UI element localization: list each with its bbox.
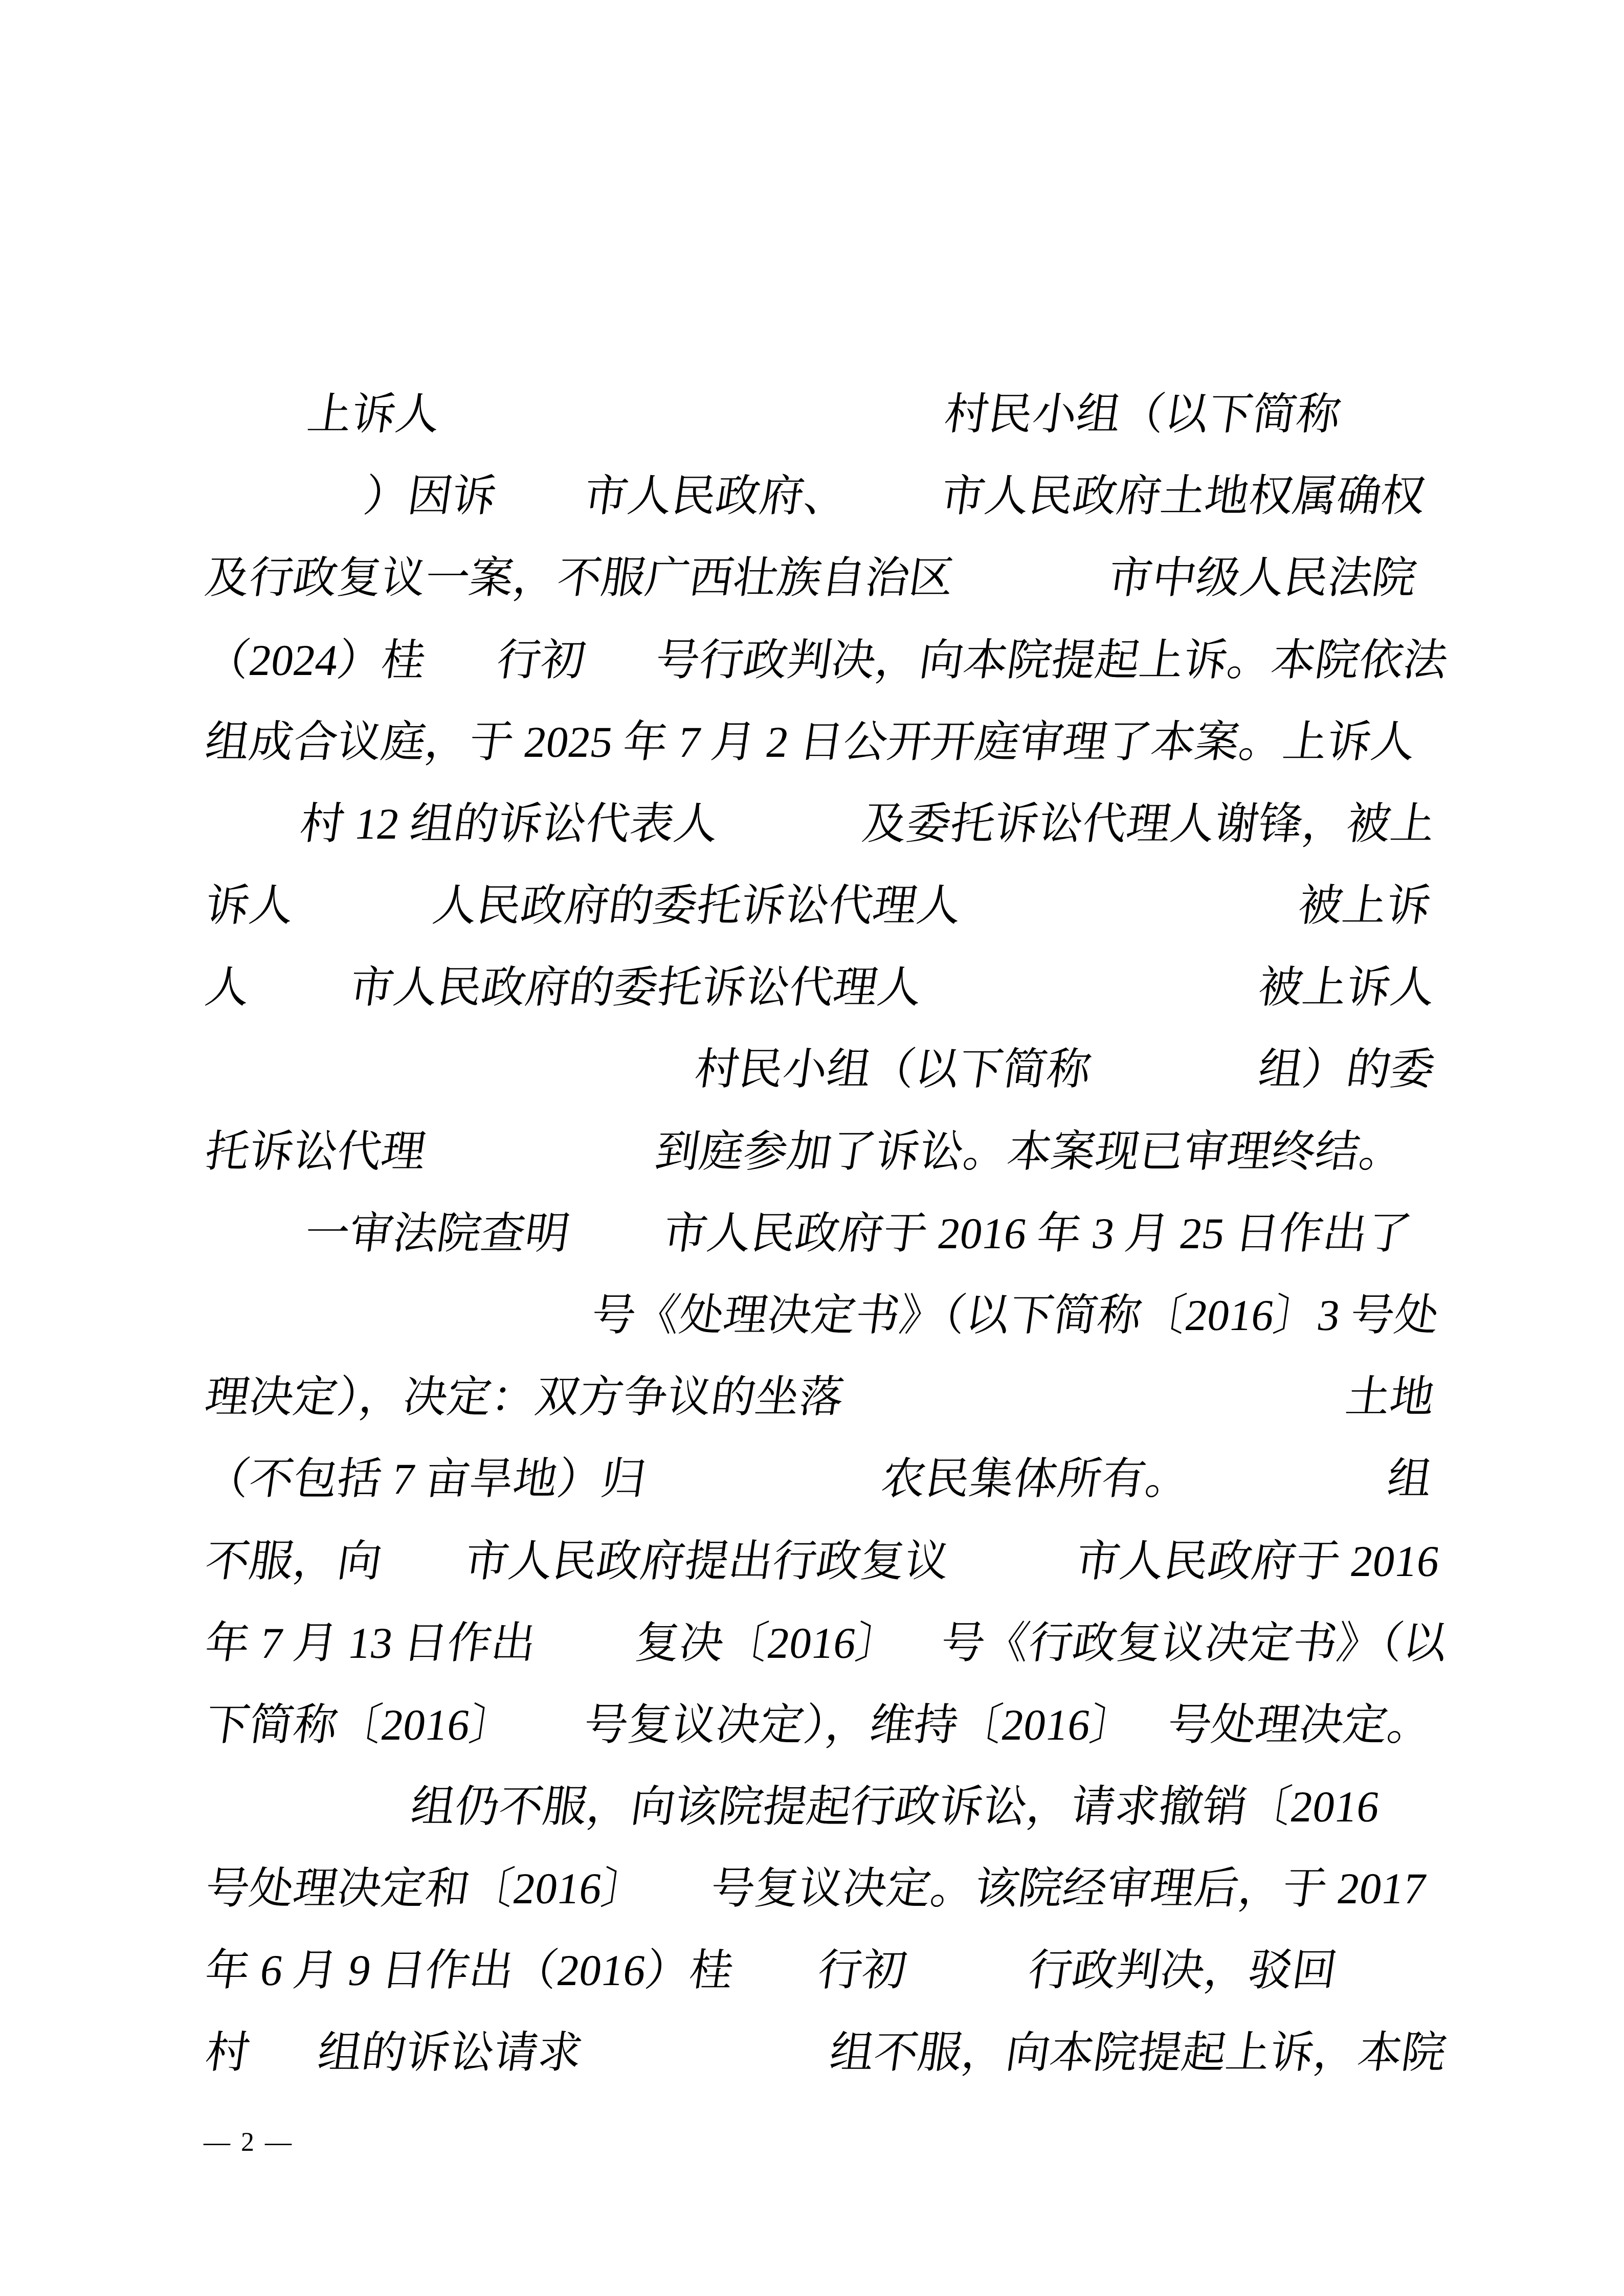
- text-segment: 市人民政府于 2016 年 3 月 25 日作出了: [660, 1208, 1415, 1259]
- text-segment: 号处理决定。: [1164, 1699, 1435, 1750]
- text-segment: 不服，向: [202, 1536, 385, 1587]
- text-line: 下简称〔2016〕 号复议决定），维持〔2016〕 号处理决定。: [0, 1699, 1624, 1761]
- text-segment: 组: [1384, 1453, 1435, 1504]
- text-segment: 年 6 月 9 日作出（2016）桂: [202, 1945, 737, 1996]
- text-segment: 组的诉讼请求: [315, 2027, 586, 2078]
- text-line: 村 12 组的诉讼代表人 及委托诉讼代理人谢锋，被上: [0, 798, 1624, 860]
- text-segment: 村: [202, 2027, 253, 2078]
- text-line: 托诉讼代理 到庭参加了诉讼。本案现已审理终结。: [0, 1126, 1624, 1187]
- text-segment: 组）的委: [1255, 1044, 1438, 1095]
- text-line: 及行政复议一案，不服广西壮族自治区 市中级人民法院: [0, 552, 1624, 614]
- text-line: 号处理决定和〔2016〕 号复议决定。该院经审理后，于 2017: [0, 1863, 1624, 1924]
- text-line: （不包括 7 亩旱地）归 农民集体所有。 组: [0, 1453, 1624, 1515]
- document-page: 上诉人 村民小组（以下简称 ）因诉 市人民政府、 市人民政府土地权属确权 及行政…: [0, 0, 1624, 2296]
- text-segment: 村民小组（以下简称: [692, 1044, 1095, 1095]
- text-segment: 人民政府的委托诉讼代理人: [430, 880, 965, 931]
- text-segment: 组不服，向本院提起上诉，本院: [827, 2027, 1450, 2078]
- text-segment: （不包括 7 亩旱地）归: [202, 1453, 649, 1504]
- text-segment: 人: [202, 962, 253, 1013]
- text-segment: ）因诉: [361, 470, 500, 522]
- text-segment: 理决定），决定：双方争议的坐落: [202, 1371, 847, 1423]
- text-segment: 农民集体所有。: [878, 1453, 1193, 1504]
- text-segment: 市中级人民法院: [1105, 552, 1420, 603]
- text-segment: （2024）桂: [202, 635, 429, 686]
- text-segment: 年 7 月 13 日作出: [202, 1617, 539, 1669]
- text-segment: 号《行政复议决定书》（以: [938, 1617, 1451, 1669]
- text-segment: 市人民政府的委托诉讼代理人: [346, 962, 925, 1013]
- text-line: 组仍不服，向该院提起行政诉讼，请求撤销〔2016: [0, 1781, 1624, 1842]
- text-line: 上诉人 村民小组（以下简称: [0, 389, 1624, 450]
- text-segment: 复决〔2016〕: [632, 1617, 903, 1669]
- text-segment: 市人民政府于 2016: [1073, 1536, 1443, 1587]
- text-segment: 行初: [815, 1945, 910, 1996]
- text-segment: 土地: [1343, 1371, 1438, 1423]
- text-segment: 组仍不服，向该院提起行政诉讼，请求撤销〔2016: [408, 1781, 1383, 1832]
- text-segment: 组成合议庭，于 2025 年 7 月 2 日公开开庭审理了本案。上诉人: [202, 716, 1419, 768]
- text-segment: 市人民政府土地权属确权: [938, 470, 1429, 522]
- text-segment: 市人民政府提出行政复议: [461, 1536, 952, 1587]
- text-line: 村民小组（以下简称 组）的委: [0, 1044, 1624, 1105]
- text-segment: 号复议决定。该院经审理后，于 2017: [707, 1863, 1430, 1914]
- text-segment: 村民小组（以下简称: [941, 389, 1344, 440]
- text-segment: 被上诉人: [1255, 962, 1438, 1013]
- text-line: 理决定），决定：双方争议的坐落 土地: [0, 1371, 1624, 1433]
- text-line: ）因诉 市人民政府、 市人民政府土地权属确权: [0, 470, 1624, 532]
- text-segment: 托诉讼代理: [202, 1126, 429, 1177]
- text-line: 人 市人民政府的委托诉讼代理人 被上诉人: [0, 962, 1624, 1023]
- text-segment: 村 12 组的诉讼代表人: [297, 798, 722, 849]
- text-line: 不服，向 市人民政府提出行政复议 市人民政府于 2016: [0, 1536, 1624, 1597]
- text-segment: 一审法院查明: [302, 1208, 573, 1259]
- text-segment: 号行政判决，向本院提起上诉。本院依法: [652, 635, 1451, 686]
- text-line: （2024）桂 行初 号行政判决，向本院提起上诉。本院依法: [0, 635, 1624, 696]
- text-line: 年 7 月 13 日作出 复决〔2016〕 号《行政复议决定书》（以: [0, 1617, 1624, 1679]
- text-segment: 号《处理决定书》（以下简称〔2016〕3 号处: [588, 1290, 1442, 1341]
- text-segment: 诉人: [202, 880, 297, 931]
- text-segment: 及行政复议一案，不服广西壮族自治区: [202, 552, 957, 603]
- text-line: 一审法院查明 市人民政府于 2016 年 3 月 25 日作出了: [0, 1208, 1624, 1269]
- text-segment: 号处理决定和〔2016〕: [202, 1863, 649, 1914]
- page-number: — 2 —: [204, 2127, 294, 2157]
- text-segment: 行初: [494, 635, 589, 686]
- text-segment: 市人民政府、: [581, 470, 852, 522]
- text-segment: 上诉人: [304, 389, 443, 440]
- text-segment: 号复议决定），维持〔2016〕: [581, 1699, 1138, 1750]
- text-line: 组成合议庭，于 2025 年 7 月 2 日公开开庭审理了本案。上诉人: [0, 716, 1624, 778]
- text-line: 诉人 人民政府的委托诉讼代理人 被上诉: [0, 880, 1624, 941]
- text-line: 号《处理决定书》（以下简称〔2016〕3 号处: [0, 1290, 1624, 1351]
- text-line: 村 组的诉讼请求 组不服，向本院提起上诉，本院: [0, 2027, 1624, 2088]
- text-segment: 及委托诉讼代理人谢锋，被上: [859, 798, 1438, 849]
- text-line: 年 6 月 9 日作出（2016）桂 行初 行政判决，驳回: [0, 1945, 1624, 2006]
- text-segment: 下简称〔2016〕: [202, 1699, 517, 1750]
- text-segment: 被上诉: [1295, 880, 1434, 931]
- text-segment: 到庭参加了诉讼。本案现已审理终结。: [652, 1126, 1407, 1177]
- text-segment: 行政判决，驳回: [1025, 1945, 1340, 1996]
